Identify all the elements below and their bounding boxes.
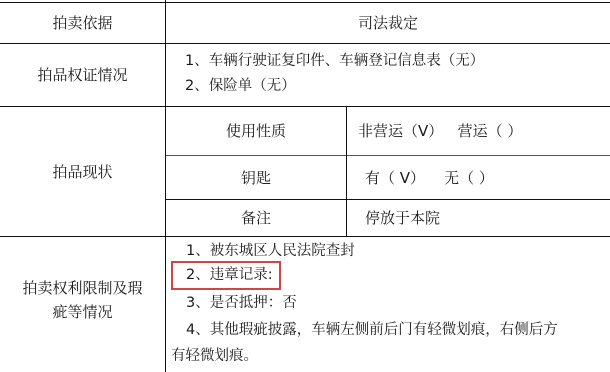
restriction-line-1: 1、被东城区人民法院查封 [186,239,355,263]
column-divider [346,106,347,236]
certificate-line-2: 2、保险单（无） [185,74,296,98]
subrow-value-usage: 非营运（V） 营运（ ） [358,107,608,155]
subrow-label-usage: 使用性质 [166,107,346,155]
subrow-value-keys: 有（ V） 无（ ） [365,156,605,199]
restriction-line-5: 有轻微划痕。 [171,344,258,368]
row-label-restrictions-line1: 拍卖权利限制及瑕 [22,276,142,300]
restriction-line-4: 4、其他瑕疵披露，车辆左侧前后门有轻微划痕，右侧后方 [186,318,558,342]
row-label-restrictions-line2: 疵等情况 [52,300,112,324]
row-label-status: 拍品现状 [0,107,165,236]
subrow-label-remarks: 备注 [166,200,346,236]
subrow-value-remarks: 停放于本院 [365,200,605,236]
restriction-line-2: 2、违章记录: [186,263,273,287]
certificate-line-1: 1、车辆行驶证复印件、车辆登记信息表（无） [185,49,484,73]
row-label-certificates: 拍品权证情况 [0,44,165,106]
row-label-restrictions: 拍卖权利限制及瑕 疵等情况 [0,270,165,330]
subrow-label-keys: 钥匙 [166,156,346,199]
restriction-line-3: 3、是否抵押：否 [186,291,297,315]
row-label-basis: 拍卖依据 [0,3,165,43]
row-divider [0,236,610,237]
row-value-basis: 司法裁定 [166,3,610,43]
